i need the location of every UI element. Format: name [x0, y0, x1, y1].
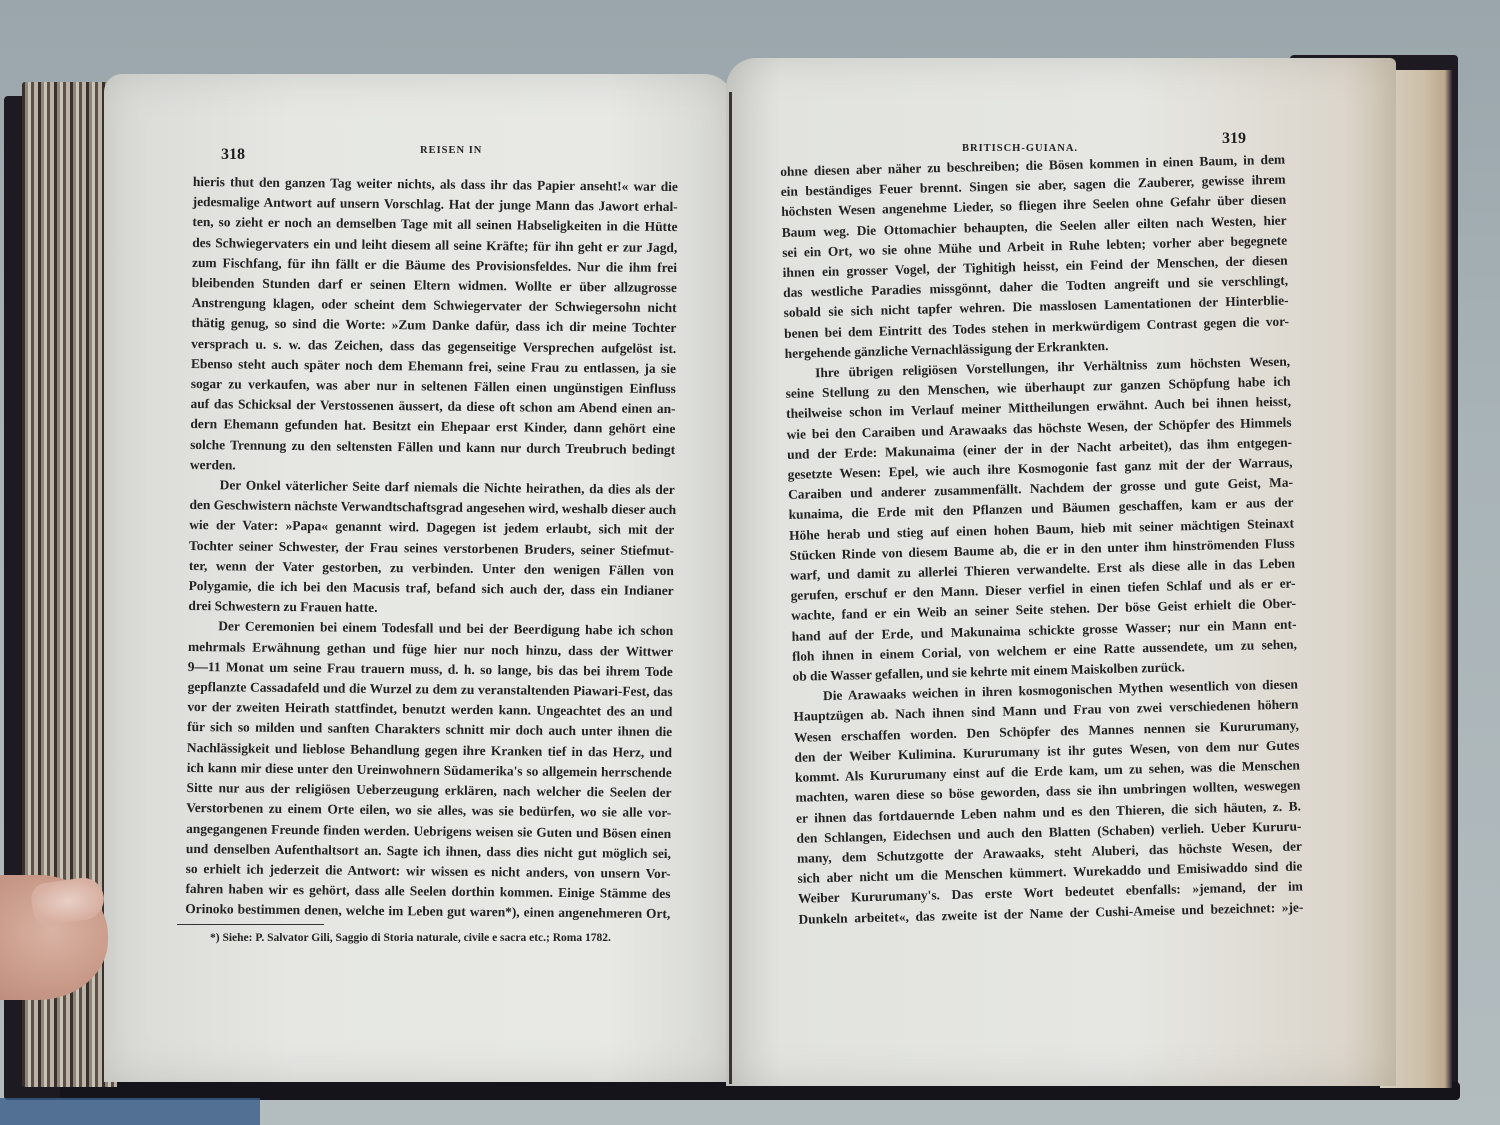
left-page-number: 318	[221, 146, 245, 164]
left-running-head: REISEN IN	[420, 145, 482, 156]
left-page-footnote: *) Siehe: P. Salvator Gili, Saggio di St…	[210, 932, 611, 944]
footnote-rule	[177, 924, 324, 925]
right-page-number: 319	[1222, 130, 1246, 148]
left-page-body: hieris thut den ganzen Tag weiter nichts…	[185, 172, 678, 925]
book-gutter	[729, 92, 732, 1084]
blue-object-under-book	[0, 1098, 260, 1125]
right-running-head: BRITISCH-GUIANA.	[962, 143, 1078, 154]
right-page-body: ohne diesen aber näher zu beschreiben; d…	[780, 150, 1304, 930]
